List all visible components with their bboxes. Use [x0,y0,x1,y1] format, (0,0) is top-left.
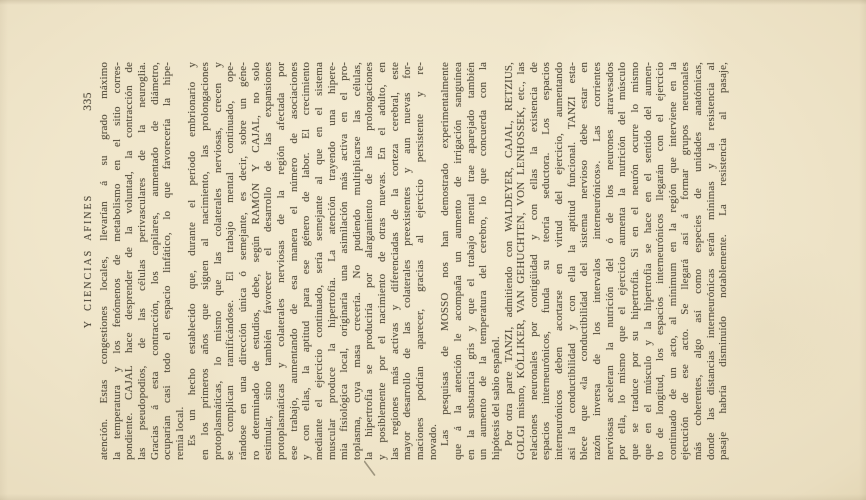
text-line: nerviosas aceleran la nutrición del ó de… [604,62,617,460]
text-line: Por otra parte TANZI, admitiendo con WAL… [503,62,516,460]
text-line: relaciones neuronales por contigüidad y … [528,62,541,460]
text-line: Las pesquisas de MOSSO nos han demostrad… [439,62,452,460]
text-line: pasaje habría disminuído notablemente. L… [717,62,730,460]
text-line: donde las distancias interneurónicas ser… [705,62,718,460]
text-line: razón inversa de los intervalos interneu… [591,62,604,460]
text-line: interneurónicos deben acortarse en virtu… [553,62,566,460]
text-line: las pseudopodios, de las células perivas… [136,62,149,460]
text-line: remia local. [174,62,187,460]
text-line: ese trabajo, aumentando de esa manera el… [288,62,301,460]
text-line: to de longitud, los espacios interneurón… [654,62,667,460]
header-title: Y CIENCIAS AFINES [83,62,94,460]
running-header: Y CIENCIAS AFINES 335 [83,62,97,460]
page-number: 335 [82,92,94,111]
text-line: así la conductibilidad y con ella la apt… [566,62,579,460]
text-line: mayor desarrollo de las colaterales pree… [401,62,414,460]
text-line: muscular produce la hipertrofia. La aten… [326,62,339,460]
text-line: la hipertrofia se produciría por alargam… [363,62,376,460]
text-line: Gracias á esta contracción, los capilare… [149,62,162,460]
text-line: protoplasmáticas y colaterales nerviosas… [275,62,288,460]
text-line: blece que «la conductibilidad del sistem… [578,62,591,460]
text-line: protoplasmáticas, lo mismo que las colat… [212,62,225,460]
text-line: toplasma, cuya masa crecería. No pudiend… [351,62,364,460]
text-line: hipótesis del sabio español. [490,62,503,460]
text-line: y posiblemente por el nacimiento de otra… [376,62,389,460]
scratch-mark [363,460,375,478]
text-line: se complican ramificándose. El trabajo m… [224,62,237,460]
text-line: maciones podrían aparecer, gracias al ej… [414,62,427,460]
text-line: rándose en una dirección única ó semejan… [237,62,250,460]
text-line: que se traduce por su hipertrofia. Si en… [629,62,642,460]
text-block: atención. Estas congestiones locales, ll… [98,62,730,460]
text-line: las regiones más activas y diferenciadas… [389,62,402,460]
text-line: ejecución de ese acto. Se llegará así á … [679,62,692,460]
text-line: espacios interneurónicos, funda su teorí… [540,62,553,460]
scanned-page-background: Y CIENCIAS AFINES 335 atención. Estas co… [0,0,866,500]
text-line: ro determinado de estudios, debe, según … [250,62,263,460]
text-line: Es un hecho establecido que, durante el … [186,62,199,460]
text-line: que á la atención le acompaña un aumento… [452,62,465,460]
text-line: mia fisiológica local, originaría una as… [338,62,351,460]
text-line: en los primeros años que siguen al nacim… [199,62,212,460]
text-line: mediante el ejercicio continuado, sería … [313,62,326,460]
text-line: en la substancia gris y que el trabajo m… [465,62,478,460]
text-line: estimular, sino también favorecer el des… [262,62,275,460]
text-line: atención. Estas congestiones locales, ll… [98,62,111,460]
text-line: pondiente. CAJAL hace desprender de la v… [123,62,136,460]
text-line: que en el músculo y la hipertrofia se ha… [642,62,655,460]
book-page: Y CIENCIAS AFINES 335 atención. Estas co… [0,0,866,500]
text-line: y con ellas, la aptitud para ese género … [300,62,313,460]
text-line: continuado de un acto, al mínimum en la … [667,62,680,460]
text-line: un aumento de la temperatura del cerebro… [477,62,490,460]
text-line: más coherentes, algo así como especies d… [692,62,705,460]
text-line: por ella, lo mismo que el ejercicio aume… [616,62,629,460]
text-line: GOLGI mismo, KÖLLIKER, VAN GEHUCHTEN, VO… [515,62,528,460]
text-line: la temperatura y los fenómenos de metabo… [111,62,124,460]
text-line: novado. [427,62,440,460]
text-line: ocuparían casi todo el espacio linfático… [161,62,174,460]
